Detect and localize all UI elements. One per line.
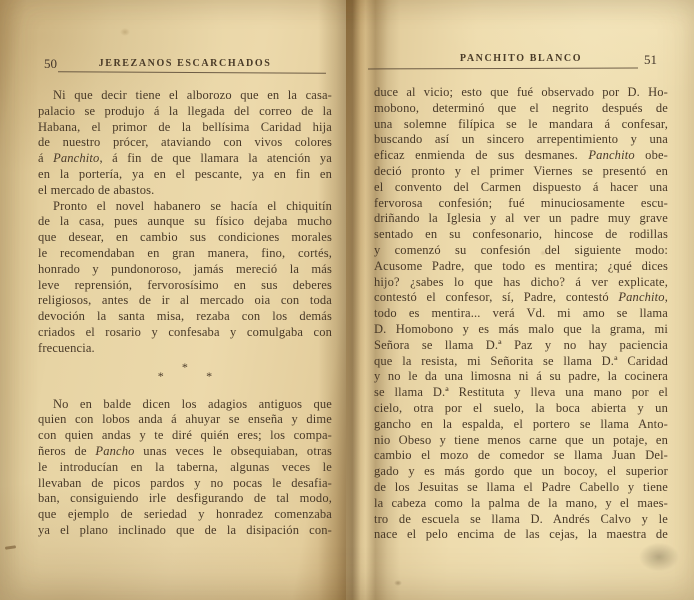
text-line: ñeros de Pancho unas veces le obsequiaba…	[38, 444, 332, 460]
text-line: religiosos, antes de ir al mercado oia c…	[38, 293, 332, 309]
running-header-left: JEREZANOS ESCARCHADOS	[38, 58, 332, 69]
text-line: á Panchito, á fin de que llamara la aten…	[38, 151, 332, 167]
text-line: ban, consiguiendo irle desfigurando de t…	[38, 491, 332, 507]
text-line: llevaban de picos pardos y no pocas le d…	[38, 476, 332, 492]
text-line: sentado en su confesonario, hincose de r…	[374, 227, 668, 243]
text-line: No en balde dicen los adagios antiguos q…	[38, 397, 332, 413]
text-line: Pronto el novel habanero se hacía el chi…	[38, 199, 332, 215]
text-line: Señora se llama D.ª Paz y no hay pacienc…	[374, 338, 668, 354]
text-line: quien con lobos anda á ahuyar se enseña …	[38, 412, 332, 428]
text-line: le introducían en la taberna, algunas ve…	[38, 460, 332, 476]
text-line: le recomendaban en gran manera, fino, co…	[38, 246, 332, 262]
asterisk-glyph: *	[158, 369, 164, 385]
text-line: devoción la santa misa, rezaba con los d…	[38, 309, 332, 325]
text-line: y no le da una limosna ni á su padre, la…	[374, 369, 668, 385]
text-line: se llama D.ª Restituta y lleva una mano …	[374, 385, 668, 401]
page-number-right: 51	[644, 52, 657, 68]
text-line: nace el pelo encima de las cejas, la mae…	[374, 527, 668, 543]
text-line: palacio se produjo á la llegada del corr…	[38, 104, 332, 120]
right-page-text: duce al vicio; esto que fué observado po…	[374, 85, 668, 543]
text-line: Acusome Padre, que todo es mentira; ¿qué…	[374, 259, 668, 275]
text-line: Habana, el primor de la bellísima Carida…	[38, 120, 332, 136]
text-line: que desear, en cambio sus condiciones mo…	[38, 230, 332, 246]
asterisk-glyph: *	[206, 369, 212, 385]
left-page-text: Ni que decir tiene el alborozo que en la…	[38, 88, 332, 539]
text-line: frecuencia.	[38, 341, 332, 357]
text-line: el convento del Carmen dispuesto á hacer…	[374, 180, 668, 196]
text-line: ya el plano inclinado que de la disipaci…	[38, 523, 332, 539]
text-line: eficaz enmienda de sus desmanes. Panchit…	[374, 148, 668, 164]
text-line: hijo? ¿sabes lo que has dicho? á ver exp…	[374, 275, 668, 291]
text-line: mobono, determinó que el negrito después…	[374, 101, 668, 117]
text-line: honrado y pundonoroso, jamás mereció la …	[38, 262, 332, 278]
text-line: cambio el mozo de comedor se llama Juan …	[374, 448, 668, 464]
text-line: el mercado de abastos.	[38, 183, 332, 199]
text-line: buscando así un sincero arrepentimiento …	[374, 132, 668, 148]
text-line: de nuestro prócer, ataviando con vivos c…	[38, 135, 332, 151]
text-line: la cabeza como la palma de la mano, y el…	[374, 496, 668, 512]
book-photo: 50 JEREZANOS ESCARCHADOS PANCHITO BLANCO…	[0, 0, 694, 600]
text-line: nio Obeso y tiene menos carne que un pot…	[374, 433, 668, 449]
text-line: leve reprensión, fervorosísimo en sus de…	[38, 278, 332, 294]
text-line: D. Homobono y es más malo que la grama, …	[374, 322, 668, 338]
text-line: Ni que decir tiene el alborozo que en la…	[38, 88, 332, 104]
text-line: todo es mentira... verá Vd. mi amo se ll…	[374, 306, 668, 322]
text-line: y comenzó su confesión del siguiente mod…	[374, 243, 668, 259]
text-line: deció pronto y el primer Viernes se pres…	[374, 164, 668, 180]
running-header-right: PANCHITO BLANCO	[374, 53, 668, 64]
text-line: driñando la Iglesia y al ver un padre mu…	[374, 211, 668, 227]
text-line: en la portería, ya en el pescante, ya en…	[38, 167, 332, 183]
asterism-separator: ***	[38, 357, 332, 397]
text-line: gancho en la espalda, el portero se llam…	[374, 417, 668, 433]
text-line: criados el rosario y confesaba y comulga…	[38, 325, 332, 341]
text-line: fervorosa confesión; fué minuciosamente …	[374, 196, 668, 212]
text-line: de la casa, pues aunque su físico dejaba…	[38, 214, 332, 230]
text-line: que la resista, mi Señorita se llama D.ª…	[374, 354, 668, 370]
text-line: contestó el confesor, sí, Padre, contest…	[374, 290, 668, 306]
text-line: de los Jesuitas se llama el Padre Cabell…	[374, 480, 668, 496]
asterisk-glyph: *	[182, 360, 188, 376]
text-line: duce al vicio; esto que fué observado po…	[374, 85, 668, 101]
text-line: una solemne filípica se le mandara á con…	[374, 117, 668, 133]
text-line: que ejemplo de seriedad y honradez comen…	[38, 507, 332, 523]
text-line: con quien andas y te diré quién eres; lo…	[38, 428, 332, 444]
text-line: cielo, otra por el suelo, la boca abiert…	[374, 401, 668, 417]
text-line: tro de escuela se llama D. Andrés Calvo …	[374, 512, 668, 528]
text-line: gado y es más gordo que un bocoy, el sup…	[374, 464, 668, 480]
